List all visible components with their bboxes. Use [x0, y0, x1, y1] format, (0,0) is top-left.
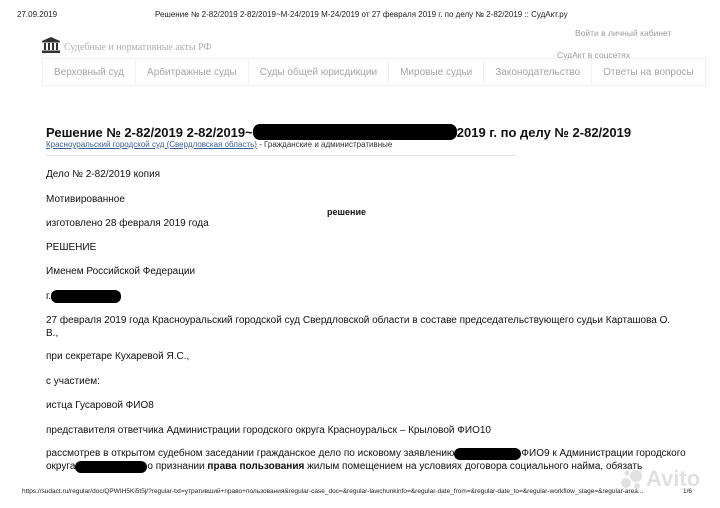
main-nav: Верховный суд Арбитражные суды Суды обще… [42, 58, 706, 86]
court-link[interactable]: Красноуральский городской суд (Свердловс… [46, 140, 257, 149]
plaintiff-line: истца Гусаровой ФИО8 [46, 399, 154, 412]
secretary-line: при секретаре Кухаревой Я.С., [46, 350, 189, 363]
defendant-rep-line: представителя ответчика Администрации го… [46, 424, 491, 437]
category-label: - Гражданские и административные [257, 140, 392, 149]
made-date: изготовлено 28 февраля 2019 года [46, 217, 209, 230]
court-composition-line2: В., [46, 327, 58, 340]
considered-text: рассмотрев в открытом судебном заседании… [46, 447, 454, 460]
nav-item-general-courts[interactable]: Суды общей юрисдикции [248, 59, 388, 85]
participation-line: с участием: [46, 375, 100, 388]
redaction-block [454, 448, 521, 460]
considered-text: округа [46, 460, 75, 473]
decision-word: решение [327, 206, 366, 219]
city-line: г. [46, 290, 121, 303]
redaction-block [253, 124, 457, 140]
login-link[interactable]: Войти в личный кабинет [575, 28, 671, 38]
redaction-block [75, 461, 147, 473]
court-info: Красноуральский городской суд (Свердловс… [46, 140, 392, 149]
considered-text: ФИО9 к Администрации городского [521, 447, 685, 460]
considered-text: жилым помещением на условиях договора со… [304, 460, 642, 473]
considered-line1: рассмотрев в открытом судебном заседании… [46, 447, 686, 460]
title-prefix: Решение № 2-82/2019 2-82/2019~ [46, 125, 253, 140]
court-composition-line1: 27 февраля 2019 года Красноуральский гор… [46, 314, 670, 327]
considered-line2: округа о признании права пользования жил… [46, 460, 642, 473]
site-logo[interactable]: Судебные и нормативные акты РФ [42, 36, 211, 53]
considered-text: о признании [147, 460, 207, 473]
courthouse-icon [42, 37, 60, 53]
avito-dots-icon [620, 468, 644, 490]
highlighted-phrase: права пользования [207, 460, 304, 473]
title-suffix: 2019 г. по делу № 2-82/2019 [457, 125, 631, 140]
nav-item-legislation[interactable]: Законодательство [483, 59, 591, 85]
document-title: Решение № 2-82/2019 2-82/2019~ 2019 г. п… [46, 124, 631, 140]
case-number: Дело № 2-82/2019 копия [46, 168, 160, 181]
logo-text: Судебные и нормативные акты РФ [64, 42, 211, 53]
motivated-label: Мотивированное [46, 193, 125, 206]
print-page-title: Решение № 2-82/2019 2-82/2019~М-24/2019 … [155, 10, 565, 19]
nav-item-arbitration-courts[interactable]: Арбитражные суды [135, 59, 248, 85]
print-date: 27.09.2019 [17, 10, 57, 19]
print-footer-url: https://sudact.ru/regular/doc/QPWIH5Ki5t… [22, 488, 662, 495]
redaction-block [51, 290, 121, 303]
nav-item-faq[interactable]: Ответы на вопросы [591, 59, 706, 85]
nav-item-magistrates[interactable]: Мировые судьи [388, 59, 483, 85]
nav-item-supreme-court[interactable]: Верховный суд [42, 59, 135, 85]
print-header: 27.09.2019 Решение № 2-82/2019 2-82/2019… [0, 10, 720, 24]
page-number: 1/6 [683, 488, 692, 495]
decision-heading: РЕШЕНИЕ [46, 241, 96, 254]
in-name-of-rf: Именем Российской Федерации [46, 265, 195, 278]
title-divider [46, 155, 516, 156]
